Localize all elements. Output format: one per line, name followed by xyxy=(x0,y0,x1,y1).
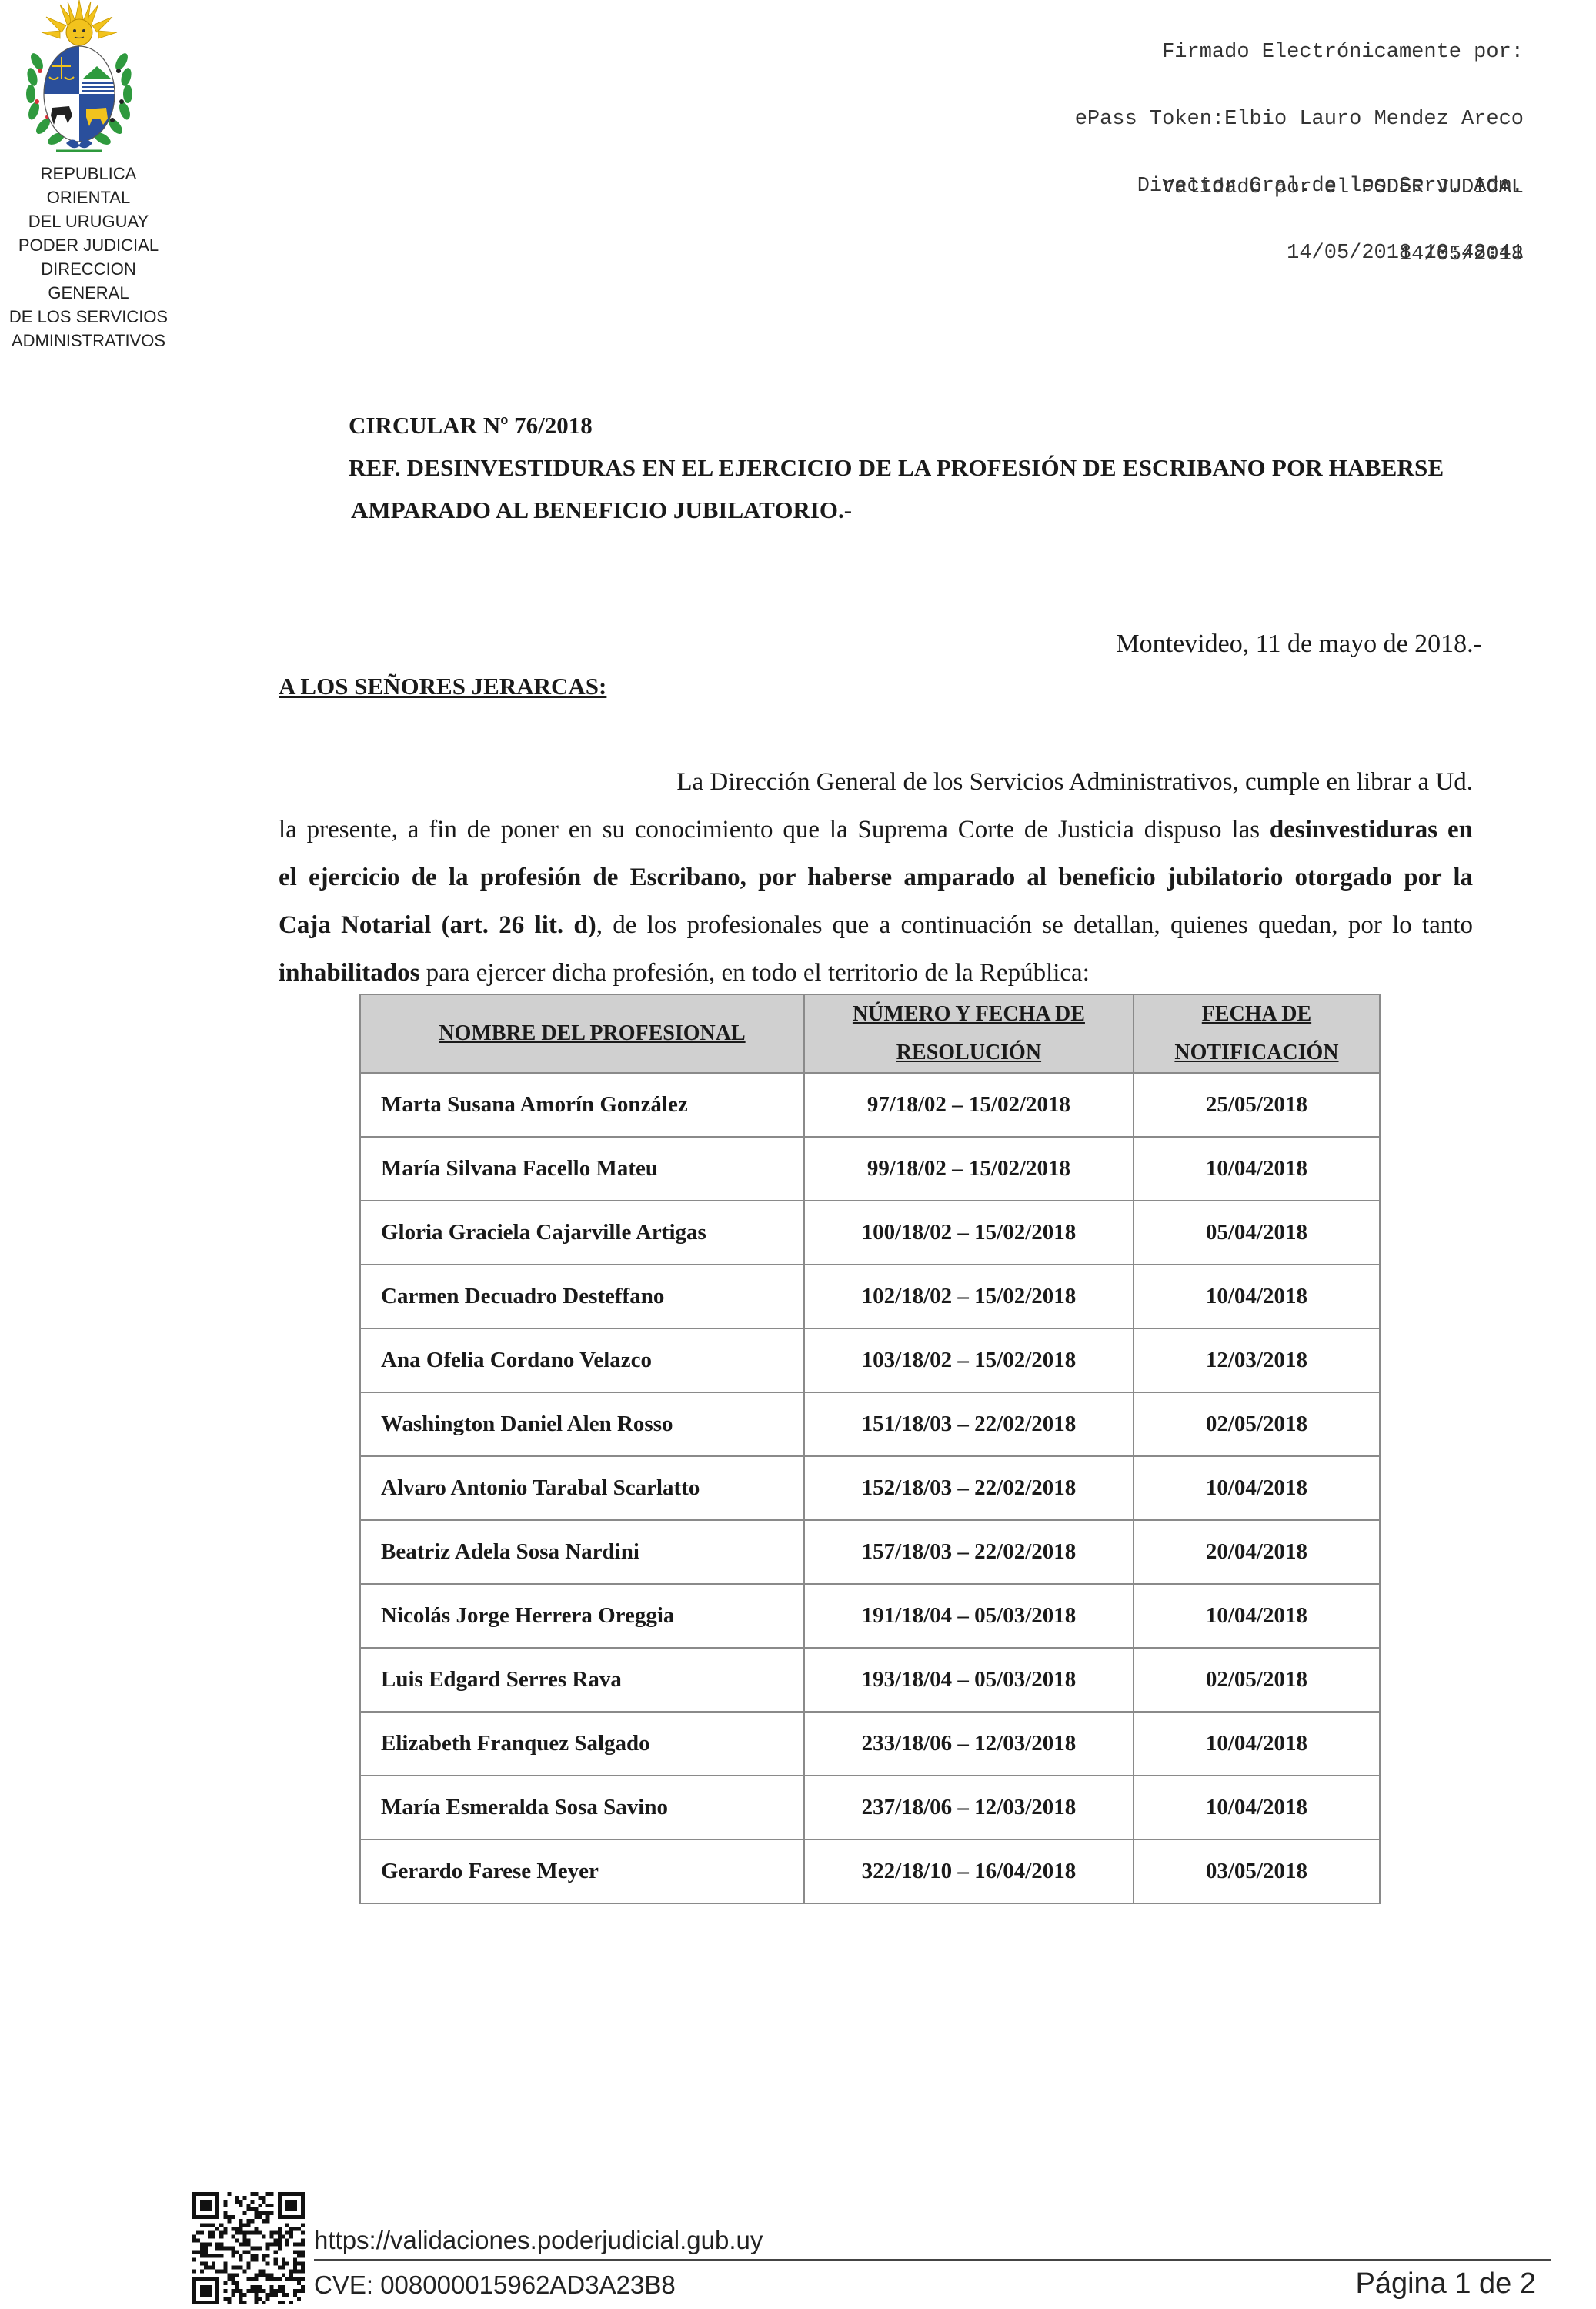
page-number: Página 1 de 2 xyxy=(1355,2267,1536,2301)
signature-line: Firmado Electrónicamente por: xyxy=(1075,42,1524,64)
table-row: Nicolás Jorge Herrera Oreggia191/18/04 –… xyxy=(360,1584,1380,1648)
cell-notification: 02/05/2018 xyxy=(1134,1392,1380,1456)
header-notification: FECHA DENOTIFICACIÓN xyxy=(1134,994,1380,1073)
cell-resolution-text: 100/18/02 – 15/02/2018 xyxy=(862,1220,1077,1245)
paragraph-emphasis: inhabilitados xyxy=(279,959,419,987)
paragraph-line: el ejercicio de la profesión de Escriban… xyxy=(279,854,1473,901)
cell-notification: 10/04/2018 xyxy=(1134,1456,1380,1520)
cell-name: Nicolás Jorge Herrera Oreggia xyxy=(360,1584,804,1648)
cell-name: Beatriz Adela Sosa Nardini xyxy=(360,1520,804,1584)
cell-name-text: Ana Ofelia Cordano Velazco xyxy=(361,1348,652,1373)
cell-resolution-text: 151/18/03 – 22/02/2018 xyxy=(862,1412,1077,1436)
cell-name-text: Luis Edgard Serres Rava xyxy=(361,1667,622,1692)
cell-resolution: 151/18/03 – 22/02/2018 xyxy=(804,1392,1134,1456)
cell-name-text: Alvaro Antonio Tarabal Scarlatto xyxy=(361,1475,700,1501)
cell-notification-text: 03/05/2018 xyxy=(1206,1859,1307,1883)
cell-notification: 25/05/2018 xyxy=(1134,1073,1380,1137)
cell-resolution-text: 103/18/02 – 15/02/2018 xyxy=(862,1348,1077,1372)
department-line: DE LOS SERVICIOS xyxy=(0,305,177,329)
header-label: NOMBRE DEL PROFESIONAL xyxy=(419,1014,745,1053)
place-date: Montevideo, 11 de mayo de 2018.- xyxy=(1116,630,1482,659)
cell-notification-text: 05/04/2018 xyxy=(1206,1220,1307,1245)
cell-name-text: Washington Daniel Alen Rosso xyxy=(361,1412,673,1437)
cell-name: Elizabeth Franquez Salgado xyxy=(360,1712,804,1776)
body-paragraph: La Dirección General de los Servicios Ad… xyxy=(279,758,1473,997)
cell-resolution: 157/18/03 – 22/02/2018 xyxy=(804,1520,1134,1584)
cell-notification: 20/04/2018 xyxy=(1134,1520,1380,1584)
cell-name-text: Gloria Graciela Cajarville Artigas xyxy=(361,1220,706,1245)
reference-line: AMPARADO AL BENEFICIO JUBILATORIO.- xyxy=(351,496,852,524)
cell-name-text: Marta Susana Amorín González xyxy=(361,1092,688,1118)
org-line: DEL URUGUAY xyxy=(0,209,177,233)
cell-name-text: Nicolás Jorge Herrera Oreggia xyxy=(361,1603,674,1629)
validation-date: 14/05/2018 xyxy=(1162,244,1524,266)
table-header-row: NOMBRE DEL PROFESIONAL NÚMERO Y FECHA DE… xyxy=(360,994,1380,1073)
cell-resolution: 193/18/04 – 05/03/2018 xyxy=(804,1648,1134,1712)
cell-notification-text: 10/04/2018 xyxy=(1206,1284,1307,1308)
cell-resolution-text: 191/18/04 – 05/03/2018 xyxy=(862,1603,1077,1628)
table-row: Luis Edgard Serres Rava193/18/04 – 05/03… xyxy=(360,1648,1380,1712)
cell-name: Alvaro Antonio Tarabal Scarlatto xyxy=(360,1456,804,1520)
cell-resolution-text: 193/18/04 – 05/03/2018 xyxy=(862,1667,1077,1692)
table-row: Carmen Decuadro Desteffano102/18/02 – 15… xyxy=(360,1265,1380,1328)
paragraph-text: para ejercer dicha profesión, en todo el… xyxy=(419,959,1089,987)
disqualified-notaries-table: NOMBRE DEL PROFESIONAL NÚMERO Y FECHA DE… xyxy=(359,994,1381,1904)
cell-name: Luis Edgard Serres Rava xyxy=(360,1648,804,1712)
cell-resolution-text: 157/18/03 – 22/02/2018 xyxy=(862,1539,1077,1564)
org-name: REPUBLICA ORIENTAL DEL URUGUAY PODER JUD… xyxy=(0,162,177,257)
department-line: DIRECCION GENERAL xyxy=(0,257,177,305)
cell-notification: 03/05/2018 xyxy=(1134,1840,1380,1903)
cell-notification-text: 12/03/2018 xyxy=(1206,1348,1307,1372)
cell-notification: 12/03/2018 xyxy=(1134,1328,1380,1392)
cell-notification-text: 25/05/2018 xyxy=(1206,1092,1307,1117)
cell-name-text: Beatriz Adela Sosa Nardini xyxy=(361,1539,639,1565)
cell-resolution-text: 97/18/02 – 15/02/2018 xyxy=(867,1092,1070,1117)
cell-name: Carmen Decuadro Desteffano xyxy=(360,1265,804,1328)
cell-name: María Silvana Facello Mateu xyxy=(360,1137,804,1201)
paragraph-emphasis: Caja Notarial (art. 26 lit. d) xyxy=(279,911,596,939)
cell-resolution-text: 99/18/02 – 15/02/2018 xyxy=(867,1156,1070,1181)
cell-notification-text: 10/04/2018 xyxy=(1206,1156,1307,1181)
cell-notification-text: 10/04/2018 xyxy=(1206,1795,1307,1819)
header-label: NOTIFICACIÓN xyxy=(1174,1041,1338,1064)
cell-name-text: Gerardo Farese Meyer xyxy=(361,1859,599,1884)
paragraph-text: la presente, a fin de poner en su conoci… xyxy=(279,816,1270,844)
header-label: FECHA DE xyxy=(1202,1002,1311,1026)
org-line: REPUBLICA ORIENTAL xyxy=(0,162,177,209)
table-row: María Esmeralda Sosa Savino237/18/06 – 1… xyxy=(360,1776,1380,1840)
header-name: NOMBRE DEL PROFESIONAL xyxy=(360,994,804,1073)
cell-notification-text: 02/05/2018 xyxy=(1206,1412,1307,1436)
cell-resolution: 237/18/06 – 12/03/2018 xyxy=(804,1776,1134,1840)
validation-stamp: Validado por el PODER JUDICAL 14/05/2018 xyxy=(1162,132,1524,289)
table-row: Alvaro Antonio Tarabal Scarlatto152/18/0… xyxy=(360,1456,1380,1520)
table-row: María Silvana Facello Mateu99/18/02 – 15… xyxy=(360,1137,1380,1201)
cell-notification: 10/04/2018 xyxy=(1134,1265,1380,1328)
cell-notification-text: 20/04/2018 xyxy=(1206,1539,1307,1564)
table-row: Beatriz Adela Sosa Nardini157/18/03 – 22… xyxy=(360,1520,1380,1584)
cell-notification: 10/04/2018 xyxy=(1134,1712,1380,1776)
table-row: Ana Ofelia Cordano Velazco103/18/02 – 15… xyxy=(360,1328,1380,1392)
cell-notification-text: 10/04/2018 xyxy=(1206,1475,1307,1500)
footer-divider xyxy=(314,2259,1551,2261)
cell-notification: 02/05/2018 xyxy=(1134,1648,1380,1712)
cell-resolution-text: 237/18/06 – 12/03/2018 xyxy=(862,1795,1077,1819)
paragraph-emphasis: desinvestiduras en xyxy=(1270,816,1473,844)
cell-name: María Esmeralda Sosa Savino xyxy=(360,1776,804,1840)
cell-resolution: 102/18/02 – 15/02/2018 xyxy=(804,1265,1134,1328)
cve-code: CVE: 008000015962AD3A23B8 xyxy=(314,2271,676,2300)
signature-line: ePass Token:Elbio Lauro Mendez Areco xyxy=(1075,109,1524,131)
cell-name-text: María Silvana Facello Mateu xyxy=(361,1156,658,1181)
table-row: Gloria Graciela Cajarville Artigas100/18… xyxy=(360,1201,1380,1265)
department-name: DIRECCION GENERAL DE LOS SERVICIOS ADMIN… xyxy=(0,257,177,353)
paragraph-line: la presente, a fin de poner en su conoci… xyxy=(279,806,1473,854)
cell-notification-text: 02/05/2018 xyxy=(1206,1667,1307,1692)
table-row: Elizabeth Franquez Salgado233/18/06 – 12… xyxy=(360,1712,1380,1776)
cell-resolution-text: 233/18/06 – 12/03/2018 xyxy=(862,1731,1077,1756)
circular-number: CIRCULAR Nº 76/2018 xyxy=(349,412,593,439)
cell-notification-text: 10/04/2018 xyxy=(1206,1731,1307,1756)
cell-resolution: 103/18/02 – 15/02/2018 xyxy=(804,1328,1134,1392)
cell-notification: 10/04/2018 xyxy=(1134,1137,1380,1201)
cell-resolution: 191/18/04 – 05/03/2018 xyxy=(804,1584,1134,1648)
paragraph-line: inhabilitados para ejercer dicha profesi… xyxy=(279,949,1473,997)
cell-name: Ana Ofelia Cordano Velazco xyxy=(360,1328,804,1392)
cell-resolution: 152/18/03 – 22/02/2018 xyxy=(804,1456,1134,1520)
reference-line: REF. DESINVESTIDURAS EN EL EJERCICIO DE … xyxy=(349,454,1444,482)
paragraph-line: Caja Notarial (art. 26 lit. d), de los p… xyxy=(279,901,1473,949)
cell-resolution: 233/18/06 – 12/03/2018 xyxy=(804,1712,1134,1776)
cell-name-text: Carmen Decuadro Desteffano xyxy=(361,1284,664,1309)
cell-name-text: Elizabeth Franquez Salgado xyxy=(361,1731,650,1756)
cell-name: Gloria Graciela Cajarville Artigas xyxy=(360,1201,804,1265)
cell-resolution: 99/18/02 – 15/02/2018 xyxy=(804,1137,1134,1201)
cell-resolution: 322/18/10 – 16/04/2018 xyxy=(804,1840,1134,1903)
header-resolution: NÚMERO Y FECHA DERESOLUCIÓN xyxy=(804,994,1134,1073)
cell-resolution: 100/18/02 – 15/02/2018 xyxy=(804,1201,1134,1265)
greeting: A LOS SEÑORES JERARCAS: xyxy=(279,673,606,700)
table-row: Washington Daniel Alen Rosso151/18/03 – … xyxy=(360,1392,1380,1456)
cell-name: Washington Daniel Alen Rosso xyxy=(360,1392,804,1456)
cell-resolution-text: 322/18/10 – 16/04/2018 xyxy=(862,1859,1077,1883)
cell-name: Marta Susana Amorín González xyxy=(360,1073,804,1137)
header-label: NÚMERO Y FECHA DE xyxy=(853,1002,1085,1026)
validation-line: Validado por el PODER JUDICAL xyxy=(1162,177,1524,199)
paragraph-line: La Dirección General de los Servicios Ad… xyxy=(279,758,1473,806)
cell-notification: 10/04/2018 xyxy=(1134,1584,1380,1648)
cell-notification-text: 10/04/2018 xyxy=(1206,1603,1307,1628)
department-line: ADMINISTRATIVOS xyxy=(0,329,177,353)
cell-notification: 10/04/2018 xyxy=(1134,1776,1380,1840)
paragraph-text: , de los profesionales que a continuació… xyxy=(596,911,1473,939)
org-line: PODER JUDICIAL xyxy=(0,233,177,257)
cell-name: Gerardo Farese Meyer xyxy=(360,1840,804,1903)
cell-resolution: 97/18/02 – 15/02/2018 xyxy=(804,1073,1134,1137)
table-row: Marta Susana Amorín González97/18/02 – 1… xyxy=(360,1073,1380,1137)
coat-of-arms-icon xyxy=(14,0,145,158)
cell-notification: 05/04/2018 xyxy=(1134,1201,1380,1265)
cell-resolution-text: 152/18/03 – 22/02/2018 xyxy=(862,1475,1077,1500)
qr-code-icon xyxy=(192,2192,305,2304)
cell-name-text: María Esmeralda Sosa Savino xyxy=(361,1795,668,1820)
table-row: Gerardo Farese Meyer322/18/10 – 16/04/20… xyxy=(360,1840,1380,1903)
cell-resolution-text: 102/18/02 – 15/02/2018 xyxy=(862,1284,1077,1308)
validation-url[interactable]: https://validaciones.poderjudicial.gub.u… xyxy=(314,2226,763,2255)
header-label: RESOLUCIÓN xyxy=(896,1041,1041,1064)
